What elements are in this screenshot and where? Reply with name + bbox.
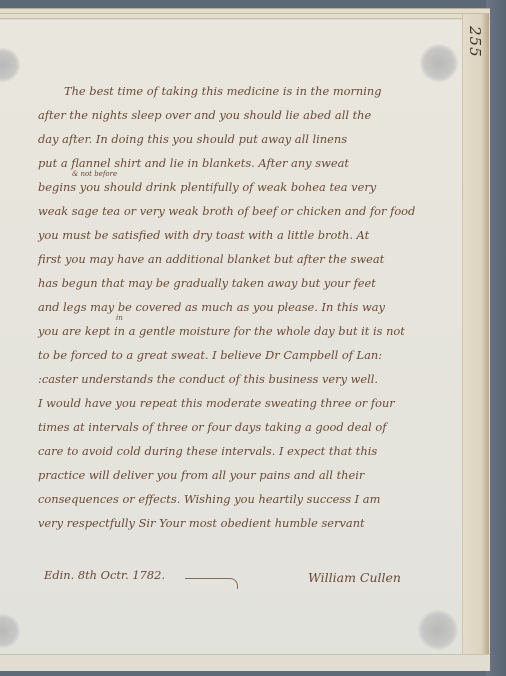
letter-line: you are kept in a gentle moisture for th… <box>38 318 405 344</box>
page-bottom-edge <box>0 654 490 671</box>
letter-line: first you may have an additional blanket… <box>38 246 384 272</box>
page-right-margin-strip <box>462 14 489 662</box>
letter-line: has begun that may be gradually taken aw… <box>38 270 376 296</box>
stain-top-right <box>420 44 458 82</box>
letter-line: after the nights sleep over and you shou… <box>38 102 371 128</box>
letter-line: practice will deliver you from all your … <box>38 462 364 488</box>
letter-line: care to avoid cold during these interval… <box>38 438 377 464</box>
letter-line: day after. In doing this you should put … <box>38 126 347 152</box>
page-edge-line <box>0 18 490 19</box>
letter-line: I would have you repeat this moderate sw… <box>38 390 395 416</box>
folio-number: 255 <box>466 26 484 58</box>
stain-bottom-right <box>418 610 458 650</box>
letter-line: weak sage tea or very weak broth of beef… <box>38 198 415 224</box>
letter-line: and legs may be covered as much as you p… <box>38 294 385 320</box>
letter-signature: William Cullen <box>308 570 401 585</box>
letter-line: begins you should drink plentifully of w… <box>38 174 376 200</box>
letter-line: :caster understands the conduct of this … <box>38 366 378 392</box>
letter-line: consequences or effects. Wishing you hea… <box>38 486 380 512</box>
letter-line: very respectfully Sir Your most obedient… <box>38 510 365 536</box>
pen-flourish <box>185 578 238 589</box>
letter-line: you must be satisfied with dry toast wit… <box>38 222 369 248</box>
letter-line: times at intervals of three or four days… <box>38 414 387 440</box>
letter-line: to be forced to a great sweat. I believe… <box>38 342 382 368</box>
page-edge-line <box>0 13 490 14</box>
letter-dateline: Edin. 8th Octr. 1782. <box>44 568 165 582</box>
letter-line: The best time of taking this medicine is… <box>64 78 382 104</box>
